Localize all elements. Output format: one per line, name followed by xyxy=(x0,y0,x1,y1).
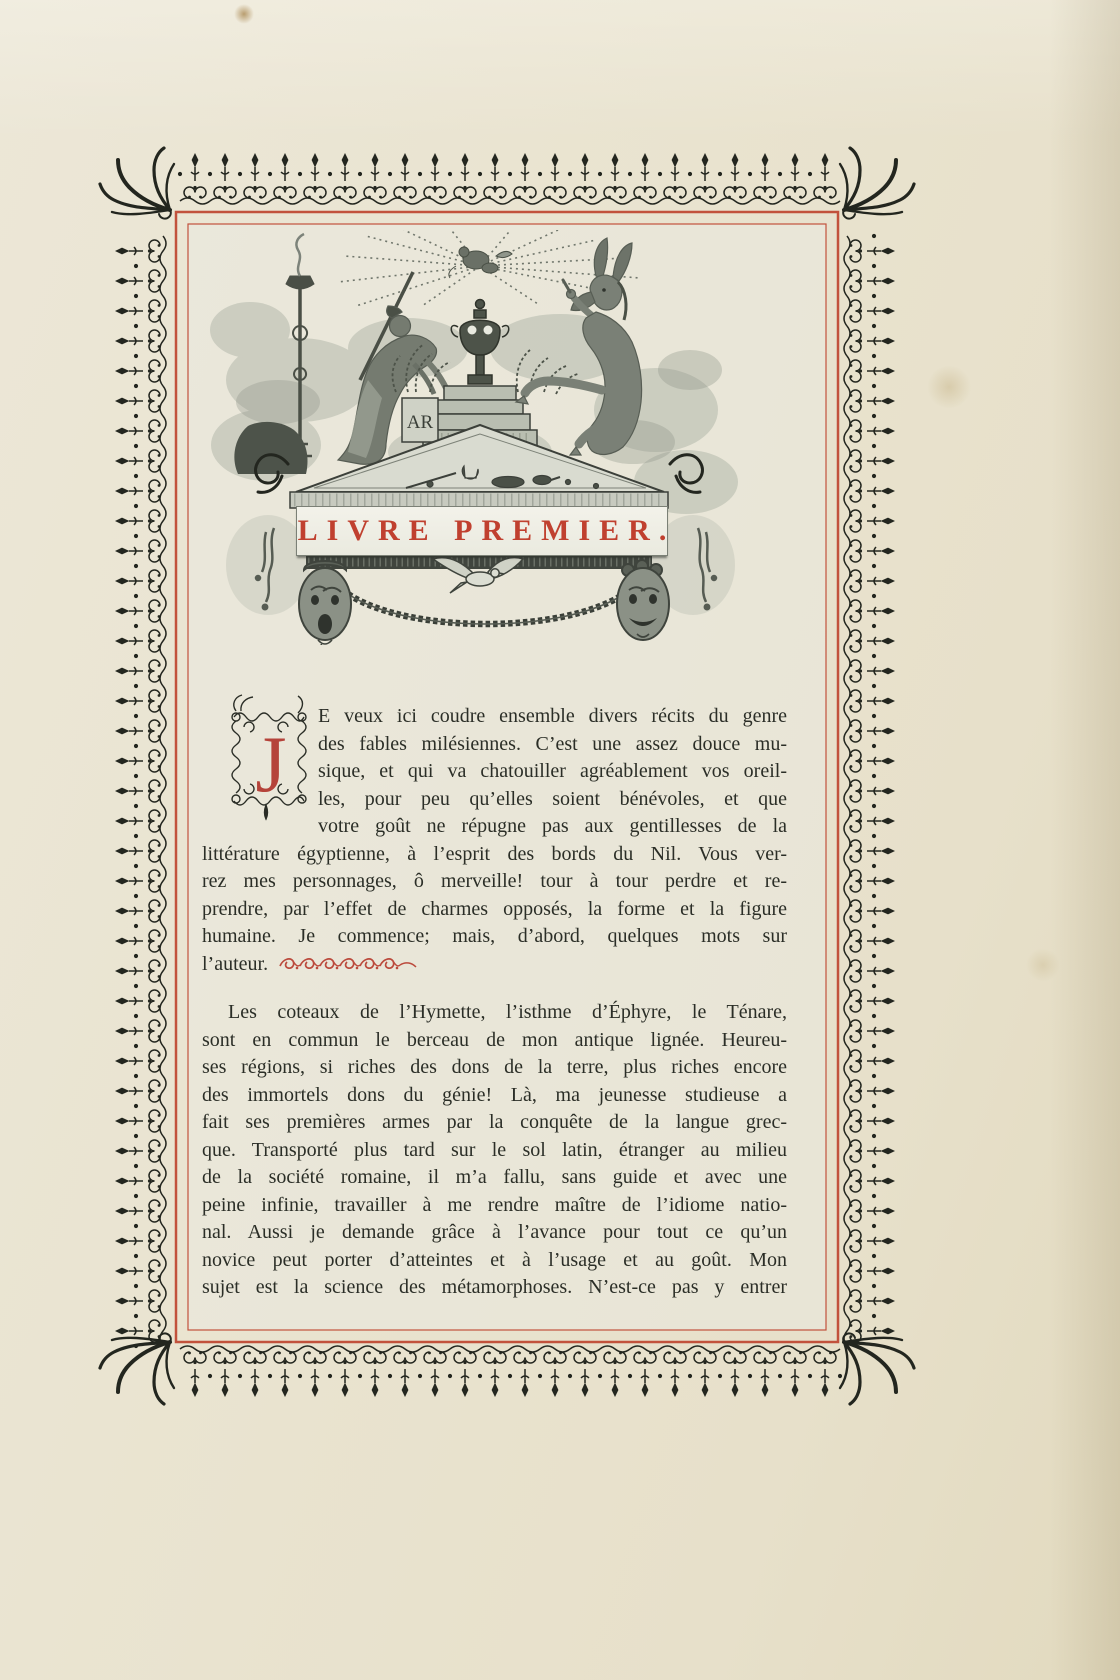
border-motif-icon xyxy=(115,896,166,928)
border-motif-icon xyxy=(210,1346,242,1397)
text-line: humaine. Je commence; mais, d’abord, que… xyxy=(202,923,787,951)
border-motif-icon xyxy=(178,153,210,204)
border-motif-icon xyxy=(115,296,166,328)
page-edge-shadow xyxy=(1050,0,1120,1680)
paragraph: J E veux ici coudre ensemble divers réci… xyxy=(202,703,787,978)
border-motif-icon xyxy=(844,714,895,746)
text-line: ses régions, si riches des dons de la te… xyxy=(202,1054,787,1082)
text-line: peine infinie, travailler à me rendre ma… xyxy=(202,1192,787,1220)
border-motif-icon xyxy=(844,1164,895,1196)
border-motif-icon xyxy=(115,956,166,988)
border-motif-icon xyxy=(844,384,895,416)
border-motif-icon xyxy=(748,153,780,204)
border-motif-icon xyxy=(844,924,895,956)
comedy-mask-icon xyxy=(617,560,669,640)
body-text: J E veux ici coudre ensemble divers réci… xyxy=(202,703,787,1302)
border-motif-icon xyxy=(115,1046,166,1078)
border-motif-icon xyxy=(480,1346,512,1397)
border-motif-icon xyxy=(115,476,166,508)
border-motif-icon xyxy=(328,153,360,204)
corner-flourish-icon xyxy=(100,148,174,219)
border-motif-icon xyxy=(750,1346,782,1397)
foxing-stain xyxy=(1026,948,1060,982)
border-motif-icon xyxy=(778,153,810,204)
border-motif-icon xyxy=(720,1346,752,1397)
border-motif-icon xyxy=(844,654,895,686)
border-motif-icon xyxy=(844,1284,895,1316)
border-motif-icon xyxy=(115,836,166,868)
border-motif-icon xyxy=(570,1346,602,1397)
border-motif-icon xyxy=(510,1346,542,1397)
border-motif-icon xyxy=(628,153,660,204)
border-motif-icon xyxy=(478,153,510,204)
putto-and-roses xyxy=(449,247,512,278)
border-motif-icon xyxy=(115,1226,166,1258)
border-motif-icon xyxy=(238,153,270,204)
border-motif-icon xyxy=(115,536,166,568)
border-motif-icon xyxy=(844,1194,895,1226)
border-motif-icon xyxy=(844,804,895,836)
border-motif-icon xyxy=(300,1346,332,1397)
end-flourish-icon xyxy=(280,957,418,973)
border-motif-icon xyxy=(115,1136,166,1168)
border-motif-icon xyxy=(330,1346,362,1397)
border-motif-icon xyxy=(538,153,570,204)
border-motif-icon xyxy=(115,566,166,598)
headpiece-engraving: AR xyxy=(208,230,753,645)
border-motif-icon xyxy=(115,776,166,808)
border-motif-icon xyxy=(115,866,166,898)
border-motif-icon xyxy=(844,984,895,1016)
paper-highlight xyxy=(0,0,1120,140)
border-motif-icon xyxy=(844,834,895,866)
border-motif-icon xyxy=(844,1134,895,1166)
border-motif-icon xyxy=(115,356,166,388)
border-motif-icon xyxy=(844,444,895,476)
book-page-scan: AR xyxy=(0,0,1120,1680)
text-line: sont en commun le berceau de mon antique… xyxy=(202,1027,787,1055)
border-motif-icon xyxy=(780,1346,812,1397)
border-motif-icon xyxy=(208,153,240,204)
border-motif-icon xyxy=(844,354,895,386)
border-motif-icon xyxy=(508,153,540,204)
garland xyxy=(348,594,624,624)
border-motif-icon xyxy=(268,153,300,204)
border-motif-icon xyxy=(844,1044,895,1076)
border-motif-icon xyxy=(844,234,895,266)
border-motif-icon xyxy=(844,324,895,356)
border-motif-icon xyxy=(718,153,750,204)
border-motif-icon xyxy=(598,153,630,204)
border-motif-icon xyxy=(390,1346,422,1397)
border-motif-icon xyxy=(540,1346,572,1397)
border-motif-icon xyxy=(115,1256,166,1288)
border-motif-icon xyxy=(115,1286,166,1318)
border-motif-icon xyxy=(360,1346,392,1397)
border-motif-icon xyxy=(844,744,895,776)
text-line: sujet est la science des métamorphoses. … xyxy=(202,1274,787,1302)
border-motif-icon xyxy=(844,534,895,566)
border-motif-icon xyxy=(115,1016,166,1048)
border-motif-icon xyxy=(844,294,895,326)
border-motif-icon xyxy=(450,1346,482,1397)
border-motif-icon xyxy=(844,1104,895,1136)
border-motif-icon xyxy=(115,326,166,358)
banner-ledge xyxy=(306,556,652,569)
border-motif-icon xyxy=(115,926,166,958)
border-motif-icon xyxy=(844,1014,895,1046)
border-motif-icon xyxy=(115,626,166,658)
border-motif-icon xyxy=(240,1346,272,1397)
corner-flourish-icon xyxy=(840,1333,914,1404)
border-motif-icon xyxy=(600,1346,632,1397)
border-motif-icon xyxy=(115,656,166,688)
text-line: l’auteur. xyxy=(202,951,787,979)
border-motif-icon xyxy=(844,774,895,806)
text-line: que. Transporté plus tard sur le sol lat… xyxy=(202,1137,787,1165)
border-motif-icon xyxy=(388,153,420,204)
border-motif-icon xyxy=(844,1224,895,1256)
text-line: littérature égyptienne, à l’esprit des b… xyxy=(202,841,787,869)
corner-flourish-icon xyxy=(100,1333,174,1404)
border-motif-icon xyxy=(298,153,330,204)
border-motif-icon xyxy=(844,504,895,536)
border-motif-icon xyxy=(115,716,166,748)
border-motif-icon xyxy=(115,416,166,448)
border-motif-icon xyxy=(270,1346,302,1397)
text-line: de la société romaine, il m’a fallu, san… xyxy=(202,1164,787,1192)
border-motif-icon xyxy=(630,1346,662,1397)
border-motif-icon xyxy=(844,894,895,926)
border-motif-icon xyxy=(448,153,480,204)
text-line: nal. Aussi je demande grâce à l’avance p… xyxy=(202,1219,787,1247)
border-motif-icon xyxy=(418,153,450,204)
corner-flourish-icon xyxy=(840,148,914,219)
monogram-text: AR xyxy=(407,412,434,433)
border-motif-icon xyxy=(690,1346,722,1397)
border-motif-icon xyxy=(420,1346,452,1397)
drop-cap-letter: J xyxy=(255,721,286,809)
text-line: des immortels dons du génie! Là, ma jeun… xyxy=(202,1082,787,1110)
border-motif-icon xyxy=(115,386,166,418)
paragraph: Les coteaux de l’Hymette, l’isthme d’Éph… xyxy=(202,999,787,1302)
border-motif-icon xyxy=(568,153,600,204)
border-motif-icon xyxy=(358,153,390,204)
foxing-stain xyxy=(926,366,972,408)
border-motif-icon xyxy=(844,624,895,656)
border-motif-icon xyxy=(844,564,895,596)
border-motif-icon xyxy=(115,986,166,1018)
border-motif-icon xyxy=(844,474,895,506)
border-motif-icon xyxy=(115,236,166,268)
border-motif-icon xyxy=(115,596,166,628)
border-motif-icon xyxy=(844,684,895,716)
text-line: rez mes personnages, ô merveille! tour à… xyxy=(202,868,787,896)
border-motif-icon xyxy=(115,806,166,838)
border-motif-icon xyxy=(810,1346,842,1397)
text-line: novice peut porter d’atteintes et à l’us… xyxy=(202,1247,787,1275)
border-motif-icon xyxy=(115,266,166,298)
text-line: prendre, par l’effet de charmes opposés,… xyxy=(202,896,787,924)
banner-title-text: LIVRE PREMIER. xyxy=(289,514,676,548)
border-motif-icon xyxy=(844,954,895,986)
title-banner: LIVRE PREMIER. xyxy=(296,506,668,556)
text-line: fait ses premières armes par la conquête… xyxy=(202,1109,787,1137)
border-motif-icon xyxy=(688,153,720,204)
border-motif-icon xyxy=(180,1346,212,1397)
monogram-block: AR xyxy=(402,398,438,442)
border-motif-icon xyxy=(115,1166,166,1198)
drop-cap: J xyxy=(226,705,312,840)
border-motif-icon xyxy=(115,746,166,778)
border-motif-icon xyxy=(115,686,166,718)
border-motif-icon xyxy=(844,1254,895,1286)
border-motif-icon xyxy=(115,446,166,478)
border-motif-icon xyxy=(115,1196,166,1228)
border-motif-icon xyxy=(115,506,166,538)
border-motif-icon xyxy=(660,1346,692,1397)
foxing-stain xyxy=(234,4,254,24)
border-motif-icon xyxy=(115,1106,166,1138)
border-motif-icon xyxy=(808,153,840,204)
border-motif-icon xyxy=(844,264,895,296)
text-line: Les coteaux de l’Hymette, l’isthme d’Éph… xyxy=(202,999,787,1027)
border-motif-icon xyxy=(844,1074,895,1106)
border-motif-icon xyxy=(115,1076,166,1108)
border-motif-icon xyxy=(844,864,895,896)
border-motif-icon xyxy=(658,153,690,204)
border-motif-icon xyxy=(844,594,895,626)
border-motif-icon xyxy=(844,414,895,446)
